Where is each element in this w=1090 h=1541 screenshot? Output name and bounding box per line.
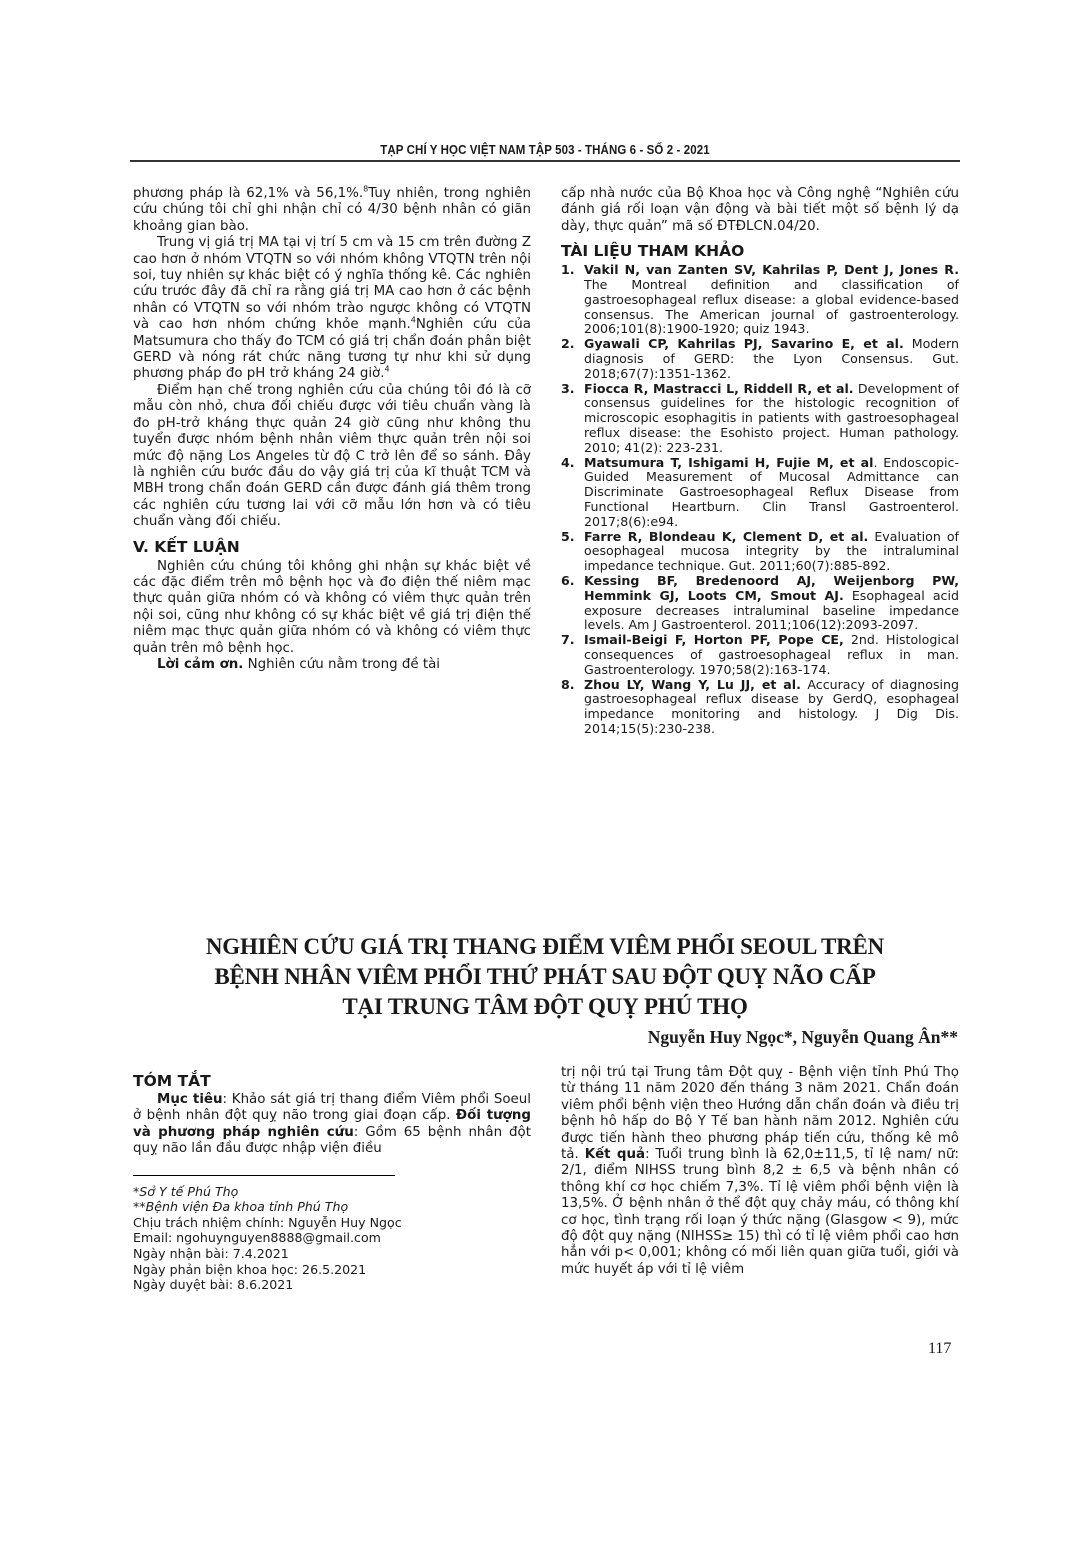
reference-number: 2.	[561, 337, 575, 352]
acknowledgement-label: Lời cảm ơn.	[157, 657, 243, 672]
abstract-right-column: trị nội trú tại Trung tâm Đột quỵ - Bệnh…	[561, 1065, 959, 1278]
conclusion-heading: V. KẾT LUẬN	[133, 538, 531, 557]
reference-number: 7.	[561, 633, 575, 648]
reference-authors: Farre R, Blondeau K, Clement D, et al.	[584, 529, 868, 544]
reference-number: 5.	[561, 530, 575, 545]
reference-authors: Zhou LY, Wang Y, Lu JJ, et al.	[584, 677, 801, 692]
reference-authors: Fiocca R, Mastracci L, Riddell R, et al.	[584, 381, 854, 396]
text: : Tuổi trung bình là 62,0±11,5, tỉ lệ na…	[561, 1147, 959, 1277]
header-rule	[130, 160, 960, 162]
reference-authors: Matsumura T, Ishigami H, Fujie M, et al	[584, 455, 873, 470]
reference-number: 6.	[561, 574, 575, 589]
article-title: NGHIÊN CỨU GIÁ TRỊ THANG ĐIỂM VIÊM PHỔI …	[130, 932, 960, 1022]
text: Nghiên cứu nằm trong đề tài	[243, 657, 440, 672]
reference-item: 8.Zhou LY, Wang Y, Lu JJ, et al. Accurac…	[561, 678, 959, 737]
title-line: TẠI TRUNG TÂM ĐỘT QUỴ PHÚ THỌ	[130, 992, 960, 1022]
title-line: BỆNH NHÂN VIÊM PHỔI THỨ PHÁT SAU ĐỘT QUỴ…	[130, 962, 960, 992]
date-accepted: Ngày duyệt bài: 8.6.2021	[133, 1277, 531, 1293]
references-heading: TÀI LIỆU THAM KHẢO	[561, 242, 959, 261]
reference-text: The Montreal definition and classificati…	[584, 277, 959, 336]
citation-superscript: 4	[385, 365, 390, 374]
reference-item: 2.Gyawali CP, Kahrilas PJ, Savarino E, e…	[561, 337, 959, 381]
left-column: phương pháp là 62,1% và 56,1%.8Tuy nhiên…	[133, 186, 531, 673]
running-header: TẠP CHÍ Y HỌC VIỆT NAM TẬP 503 - THÁNG 6…	[163, 143, 927, 157]
journal-page: TẠP CHÍ Y HỌC VIỆT NAM TẬP 503 - THÁNG 6…	[0, 0, 1090, 1541]
footnote-rule	[133, 1175, 395, 1176]
text: phương pháp là 62,1% và 56,1%.	[133, 186, 363, 201]
reference-item: 3.Fiocca R, Mastracci L, Riddell R, et a…	[561, 382, 959, 456]
date-reviewed: Ngày phản biện khoa học: 26.5.2021	[133, 1262, 531, 1278]
corresponding-author: Chịu trách nhiệm chính: Nguyễn Huy Ngọc	[133, 1215, 531, 1231]
affiliation: *Sở Y tế Phú Thọ	[133, 1184, 531, 1200]
abstract-left-column: TÓM TẮT Mục tiêu: Khảo sát giá trị thang…	[133, 1071, 531, 1293]
abstract-heading: TÓM TẮT	[133, 1071, 531, 1091]
paragraph: Điểm hạn chế trong nghiên cứu của chúng …	[133, 383, 531, 531]
date-received: Ngày nhận bài: 7.4.2021	[133, 1246, 531, 1262]
title-line: NGHIÊN CỨU GIÁ TRỊ THANG ĐIỂM VIÊM PHỔI …	[130, 932, 960, 962]
reference-item: 6.Kessing BF, Bredenoord AJ, Weijenborg …	[561, 574, 959, 633]
right-column: cấp nhà nước của Bộ Khoa học và Công ngh…	[561, 186, 959, 737]
reference-authors: Vakil N, van Zanten SV, Kahrilas P, Dent…	[584, 262, 959, 277]
acknowledgement-continuation: cấp nhà nước của Bộ Khoa học và Công ngh…	[561, 186, 959, 235]
paragraph: Trung vị giá trị MA tại vị trí 5 cm và 1…	[133, 235, 531, 383]
reference-item: 5.Farre R, Blondeau K, Clement D, et al.…	[561, 530, 959, 574]
footnotes: *Sở Y tế Phú Thọ **Bệnh viện Đa khoa tỉn…	[133, 1184, 531, 1293]
reference-authors: Ismail-Beigi F, Horton PF, Pope CE,	[584, 632, 844, 647]
affiliation: **Bệnh viện Đa khoa tỉnh Phú Thọ	[133, 1199, 531, 1215]
reference-list: 1.Vakil N, van Zanten SV, Kahrilas P, De…	[561, 263, 959, 737]
page-number: 117	[928, 1340, 951, 1358]
reference-item: 7.Ismail-Beigi F, Horton PF, Pope CE, 2n…	[561, 633, 959, 677]
article-authors: Nguyễn Huy Ngọc*, Nguyễn Quang Ân**	[648, 1027, 958, 1048]
reference-authors: Gyawali CP, Kahrilas PJ, Savarino E, et …	[584, 336, 904, 351]
reference-item: 4.Matsumura T, Ishigami H, Fujie M, et a…	[561, 456, 959, 530]
reference-number: 3.	[561, 382, 575, 397]
reference-number: 8.	[561, 678, 575, 693]
conclusion-paragraph: Nghiên cứu chúng tôi không ghi nhận sự k…	[133, 559, 531, 657]
objective-label: Mục tiêu	[157, 1092, 223, 1107]
reference-number: 1.	[561, 263, 575, 278]
results-label: Kết quả	[585, 1147, 645, 1162]
reference-number: 4.	[561, 456, 575, 471]
abstract-continuation: trị nội trú tại Trung tâm Đột quỵ - Bệnh…	[561, 1065, 959, 1278]
email: Email: ngohuynguyen8888@gmail.com	[133, 1230, 531, 1246]
acknowledgement-paragraph: Lời cảm ơn. Nghiên cứu nằm trong đề tài	[133, 657, 531, 673]
paragraph: phương pháp là 62,1% và 56,1%.8Tuy nhiên…	[133, 186, 531, 235]
reference-item: 1.Vakil N, van Zanten SV, Kahrilas P, De…	[561, 263, 959, 337]
abstract-paragraph: Mục tiêu: Khảo sát giá trị thang điểm Vi…	[133, 1092, 531, 1158]
